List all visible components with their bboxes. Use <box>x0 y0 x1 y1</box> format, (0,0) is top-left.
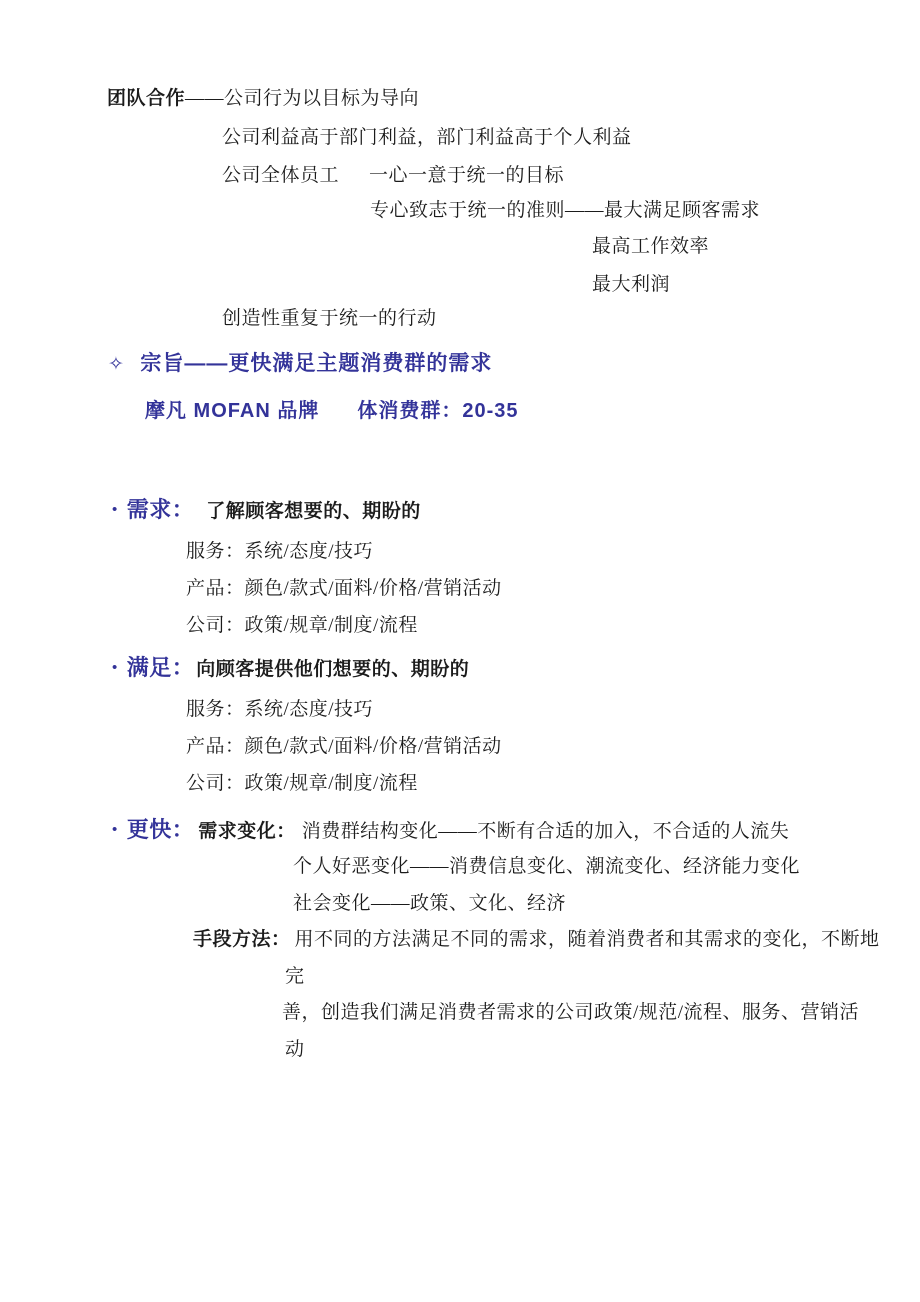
method-label: 手段方法： <box>193 929 291 950</box>
bullet-icon: • <box>112 659 118 676</box>
method-line3: 善，创造我们满足消费者需求的公司政策/规范/流程、服务、营销活 <box>282 1002 859 1024</box>
team-staff-label: 公司全体员工 <box>222 165 339 186</box>
team-benefit-line: 公司利益高于部门利益，部门利益高于个人利益 <box>222 127 632 149</box>
brand-line: 摩凡 MOFAN 品牌体消费群：20-35 <box>145 400 519 423</box>
brand-name: 摩凡 MOFAN 品牌 <box>145 400 319 422</box>
method-heading-line: 手段方法：用不同的方法满足不同的需求，随着消费者和其需求的变化，不断地 <box>193 929 880 951</box>
purpose-heading-line: ✧宗旨——更快满足主题消费群的需求 <box>108 352 492 376</box>
faster-demand-change-label: 需求变化： <box>198 821 296 842</box>
team-title-line: 团队合作——公司行为以目标为导向 <box>107 88 419 110</box>
faster-label: 更快： <box>127 817 195 842</box>
satisfy-service-line: 服务：系统/态度/技巧 <box>186 699 373 721</box>
faster-demand-change-text: 消费群结构变化——不断有合适的加入，不合适的人流失 <box>302 821 790 842</box>
bullet-icon: • <box>112 501 118 518</box>
satisfy-company-line: 公司：政策/规章/制度/流程 <box>186 773 418 795</box>
team-goal-text: 一心一意于统一的目标 <box>369 165 564 186</box>
purpose-heading: 宗旨——更快满足主题消费群的需求 <box>140 352 492 375</box>
demand-summary: 了解顾客想要的、期盼的 <box>206 501 421 522</box>
team-efficiency-line: 最高工作效率 <box>592 236 709 258</box>
bullet-icon: • <box>112 821 118 838</box>
consumer-group: 体消费群：20-35 <box>357 400 518 422</box>
demand-product-line: 产品：颜色/款式/面料/价格/营销活动 <box>186 578 502 600</box>
diamond-icon: ✧ <box>108 354 124 375</box>
team-staff-line: 公司全体员工一心一意于统一的目标 <box>222 165 564 187</box>
team-title-rest: ——公司行为以目标为导向 <box>185 88 419 109</box>
team-title-bold: 团队合作 <box>107 88 185 109</box>
satisfy-heading-line: •满足：向顾客提供他们想要的、期盼的 <box>112 655 469 681</box>
satisfy-label: 满足： <box>127 655 195 680</box>
demand-label: 需求： <box>127 497 195 522</box>
team-principle-line: 专心致志于统一的准则——最大满足顾客需求 <box>370 200 760 222</box>
team-profit-line: 最大利润 <box>592 274 670 296</box>
method-line4: 动 <box>285 1039 305 1061</box>
demand-heading-line: •需求：了解顾客想要的、期盼的 <box>112 497 421 523</box>
team-action-line: 创造性重复于统一的行动 <box>222 308 437 330</box>
faster-personal-change-line: 个人好恶变化——消费信息变化、潮流变化、经济能力变化 <box>293 856 800 878</box>
method-line2: 完 <box>285 966 305 988</box>
faster-heading-line: •更快：需求变化：消费群结构变化——不断有合适的加入，不合适的人流失 <box>112 817 789 843</box>
method-line1: 用不同的方法满足不同的需求，随着消费者和其需求的变化，不断地 <box>295 929 880 950</box>
demand-company-line: 公司：政策/规章/制度/流程 <box>186 615 418 637</box>
satisfy-product-line: 产品：颜色/款式/面料/价格/营销活动 <box>186 736 502 758</box>
demand-service-line: 服务：系统/态度/技巧 <box>186 541 373 563</box>
faster-social-change-line: 社会变化——政策、文化、经济 <box>293 893 566 915</box>
satisfy-summary: 向顾客提供他们想要的、期盼的 <box>196 659 469 680</box>
document-page: 团队合作——公司行为以目标为导向 公司利益高于部门利益，部门利益高于个人利益 公… <box>0 0 920 1302</box>
